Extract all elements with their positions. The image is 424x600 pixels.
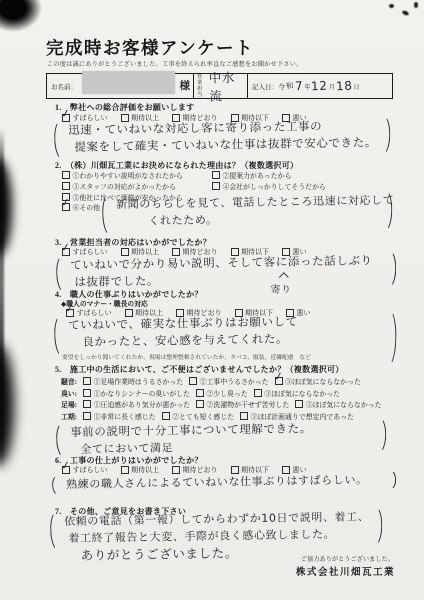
q2-number: 2. xyxy=(55,161,62,170)
day-handwritten: 18 xyxy=(336,79,353,94)
q5-category: 工期: xyxy=(61,411,77,421)
bracket-right xyxy=(381,250,397,288)
option-label: ③ほぼ気にならなかった xyxy=(285,376,361,386)
q5-row-noise: 騒音: ①足場作業時はうるさかった ②工事中うるさかった ✓③ほぼ気にならなかっ… xyxy=(61,376,361,386)
handwritten-line: 熟練の職人さんによるていねいな仕事ぶりはすばらしい。 xyxy=(66,471,386,493)
checkbox-icon xyxy=(295,400,303,408)
company-name: 株式会社川畑瓦工業 xyxy=(296,564,395,578)
q3-insertion-word: 寄り xyxy=(270,274,292,296)
option-label: ②提案力があったから xyxy=(223,170,292,180)
q5-smell-option-3: ③ほぼ気にならなかった xyxy=(254,388,340,398)
q5-row-smell: 臭い: ①かなりシンナーの臭いがした ②少し臭った ③ほぼ気にならなかった xyxy=(61,388,340,398)
checkbox-icon xyxy=(189,377,197,385)
scan-blotch-top-left xyxy=(0,0,42,32)
name-cell: お名前： 様 xyxy=(47,74,194,98)
check-mark-icon: ✓ xyxy=(60,241,71,253)
checkbox-icon xyxy=(212,182,220,190)
bracket-right xyxy=(375,115,391,155)
checkbox-icon xyxy=(196,400,204,408)
option-label: ①圧迫感があり気分が悪かった xyxy=(94,399,190,409)
q5-noise-option-2: ②工事中うるさかった xyxy=(189,376,268,386)
sales-rep-name-handwritten: 中水流 xyxy=(208,67,247,104)
check-mark-icon: ✓ xyxy=(60,196,71,208)
q2-title-text: （株）川畑瓦工業にお決めになられた理由は？（複数選択可） xyxy=(70,161,298,170)
checkbox-icon xyxy=(83,412,91,420)
scan-speck xyxy=(414,2,418,8)
q5-scaffold-option-3: ③ほぼ気にならなかった xyxy=(295,399,381,409)
redacted-name-box xyxy=(82,71,175,94)
date-label: 記入日： xyxy=(248,82,278,91)
q5-category: 足場: xyxy=(61,399,77,409)
checkbox-icon xyxy=(172,466,180,474)
checkbox-checked-icon: ✓ xyxy=(62,203,70,211)
q6-title-text: 工事の仕上がりはいかがでしたか？ xyxy=(70,456,203,465)
q5-category: 騒音: xyxy=(61,376,77,386)
handwritten-line: くれたため。 xyxy=(148,209,382,230)
q3-option-subarashii: ✓すばらしい xyxy=(62,247,108,257)
option-label: ③ほぼ気にならなかった xyxy=(306,399,382,409)
q5-row-scaffold: 足場: ①圧迫感があり気分が悪かった ②洗濯物が干せず苦労した ③ほぼ気にならな… xyxy=(61,399,382,409)
sales-rep-cell: 営業 担当 中水流 xyxy=(194,74,248,98)
q1-title-text: 弊社への総合評価をお願いします xyxy=(70,103,195,112)
year-handwritten: 7 xyxy=(295,79,304,93)
checkbox-icon xyxy=(240,412,248,420)
handwritten-line: 良かったと、安心感を与えてくれた。 xyxy=(82,329,386,351)
q5-number: 5. xyxy=(55,365,62,374)
q5-noise-option-1: ①足場作業時はうるさかった xyxy=(83,376,183,386)
q6-option-kitai-ijou: 期待以上 xyxy=(121,465,160,475)
bracket-right xyxy=(367,506,383,546)
scan-speck xyxy=(401,10,409,17)
option-label: ①足場作業時はうるさかった xyxy=(94,376,184,386)
q5-scaffold-option-1: ①圧迫感があり気分が悪かった xyxy=(83,399,190,409)
checkbox-icon xyxy=(196,389,204,397)
q1-title: 1. 弊社への総合評価をお願いします xyxy=(55,102,194,113)
year-unit: 年 xyxy=(304,82,310,91)
q2-option-3: ③スタッフの対応がよかったから xyxy=(62,181,176,191)
q5-noise-option-3: ✓③ほぼ気にならなかった xyxy=(275,376,361,386)
option-label: ②工事中うるさかった xyxy=(200,376,269,386)
sales-label-bottom: 担当 xyxy=(197,86,207,98)
footer-thanks: ご協力ありがとうございました。 xyxy=(301,554,394,563)
checkbox-icon xyxy=(212,171,220,179)
option-label: ④会社がしっかりしてそうだから xyxy=(223,181,326,191)
q5-schedule-option-2: ②とても短く感じた xyxy=(162,411,235,421)
q2-option-6-other: ✓⑥その他 xyxy=(62,202,100,212)
q3-handwritten-comment: ていねいで分かり易い説明、そして客に添った話しぶり は抜群でした。 寄り xyxy=(70,252,386,291)
option-label: ⑥その他 xyxy=(73,202,101,212)
q5-smell-option-1: ①かなりシンナーの臭いがした xyxy=(83,388,190,398)
name-label: お名前： xyxy=(47,82,77,91)
name-honorific: 様 xyxy=(180,78,191,93)
insertion-caret-icon xyxy=(279,272,289,282)
q5-category: 臭い: xyxy=(61,388,77,398)
q6-option-subarashii: ✓すばらしい xyxy=(62,465,108,475)
month-handwritten: 12 xyxy=(311,79,328,94)
scan-blotch-left-lower xyxy=(0,345,14,465)
check-mark-icon: ✓ xyxy=(273,370,284,382)
option-label: ①わかりやすい説明がなされたから xyxy=(73,170,183,180)
q5-row-schedule: 工期: ①非常に長く感じた ②とても短く感じた ③ほぼ計画通りで想定内であった xyxy=(61,411,354,421)
q4-fine-print: 要望をしっかり聞いてくれたか、現場は整理整頓されていたか、タバコ、服装、近隣配慮… xyxy=(62,352,311,361)
option-label: すばらしい xyxy=(73,465,108,475)
check-mark-icon: ✓ xyxy=(64,302,75,314)
q3-title-text: 営業担当者の対応はいかがでしたか？ xyxy=(70,238,211,247)
checkbox-icon xyxy=(254,389,262,397)
scan-blotch-left-upper xyxy=(0,160,12,255)
q2-option-1: ①わかりやすい説明がなされたから xyxy=(62,170,183,180)
checkbox-icon xyxy=(83,400,91,408)
option-label: ③ほぼ気にならなかった xyxy=(264,388,340,398)
option-label: ①非常に長く感じた xyxy=(94,411,156,421)
q5-title-text: 施工中の生活において、ご不便はございませんでしたか？（複数選択可） xyxy=(70,365,344,374)
option-label: ②とても短く感じた xyxy=(172,411,234,421)
option-label: ③スタッフの対応がよかったから xyxy=(73,181,176,191)
q5-handwritten-comment: 事前の説明で十分工事について理解できた。 全てにおいて満足 xyxy=(70,419,376,456)
day-unit: 日 xyxy=(353,82,359,91)
checkbox-icon xyxy=(62,182,70,190)
q2-handwritten-comment: 新聞のちらしを見て、電話したところ迅速に対応して くれたため。 xyxy=(116,192,383,234)
checkbox-checked-icon: ✓ xyxy=(62,466,70,474)
option-label: 期待以上 xyxy=(131,465,159,475)
date-cell: 記入日： 令和 7 年 12 月 18 日 xyxy=(248,74,392,98)
sales-label-top: 営業 xyxy=(197,74,207,86)
checkbox-checked-icon: ✓ xyxy=(275,377,283,385)
bracket-right xyxy=(381,310,397,366)
q1-handwritten-comment: 迅速・ていねいな対応し客に寄り添った工事の 提案をして確実・ていねいな仕事は抜群… xyxy=(68,117,381,158)
q5-smell-option-2: ②少し臭った xyxy=(196,388,248,398)
handwritten-line: 提案をして確実・ていねいな仕事は抜群で安心できた。 xyxy=(74,134,380,156)
option-label: ②少し臭った xyxy=(206,388,247,398)
checkbox-icon xyxy=(62,171,70,179)
bracket-right xyxy=(377,190,393,232)
sales-rep-label: 営業 担当 xyxy=(194,74,207,99)
customer-info-table: お名前： 様 営業 担当 中水流 記入日： 令和 7 年 12 月 18 日 xyxy=(46,73,393,99)
q4-handwritten-comment: ていねいで、確実な仕事ぶりはお願いして 良かったと、安心感を与えてくれた。 xyxy=(68,312,387,355)
option-label: ②洗濯物が干せず苦労した xyxy=(207,399,290,409)
check-mark-icon: ✓ xyxy=(60,107,71,119)
q5-scaffold-option-2: ②洗濯物が干せず苦労した xyxy=(196,399,289,409)
bracket-left xyxy=(52,474,68,497)
month-unit: 月 xyxy=(329,82,335,91)
checkbox-icon xyxy=(162,412,170,420)
checkbox-checked-icon: ✓ xyxy=(66,309,74,317)
check-mark-icon: ✓ xyxy=(60,459,71,471)
bracket-right xyxy=(381,469,396,491)
era-handwritten: 令和 xyxy=(277,79,295,93)
page-subtitle: この度は誠にありがとうございました。工事を終えられ率直なご感想をお聞かせ下さい。 xyxy=(47,59,303,68)
q2-option-2: ②提案力があったから xyxy=(212,170,291,180)
option-label: ①かなりシンナーの臭いがした xyxy=(94,388,190,398)
scanned-survey-sheet: 完成時お客様アンケート この度は誠にありがとうございました。工事を終えられ率直な… xyxy=(0,0,424,600)
q2-option-4: ④会社がしっかりしてそうだから xyxy=(212,181,326,191)
q5-title: 5. 施工中の生活において、ご不便はございませんでしたか？（複数選択可） xyxy=(55,364,344,375)
bracket-right xyxy=(371,417,387,453)
checkbox-icon xyxy=(83,389,91,397)
handwritten-line: は抜群でした。 xyxy=(74,269,386,291)
checkbox-icon xyxy=(121,248,129,256)
page-title: 完成時お客様アンケート xyxy=(46,35,254,60)
scan-speck xyxy=(389,4,394,8)
q5-schedule-option-1: ①非常に長く感じた xyxy=(83,411,156,421)
insertion-text: 寄り xyxy=(270,285,291,296)
checkbox-icon xyxy=(83,377,91,385)
q6-handwritten-comment: 熟練の職人さんによるていねいな仕事ぶりはすばらしい。 xyxy=(66,471,386,494)
checkbox-icon xyxy=(121,466,129,474)
